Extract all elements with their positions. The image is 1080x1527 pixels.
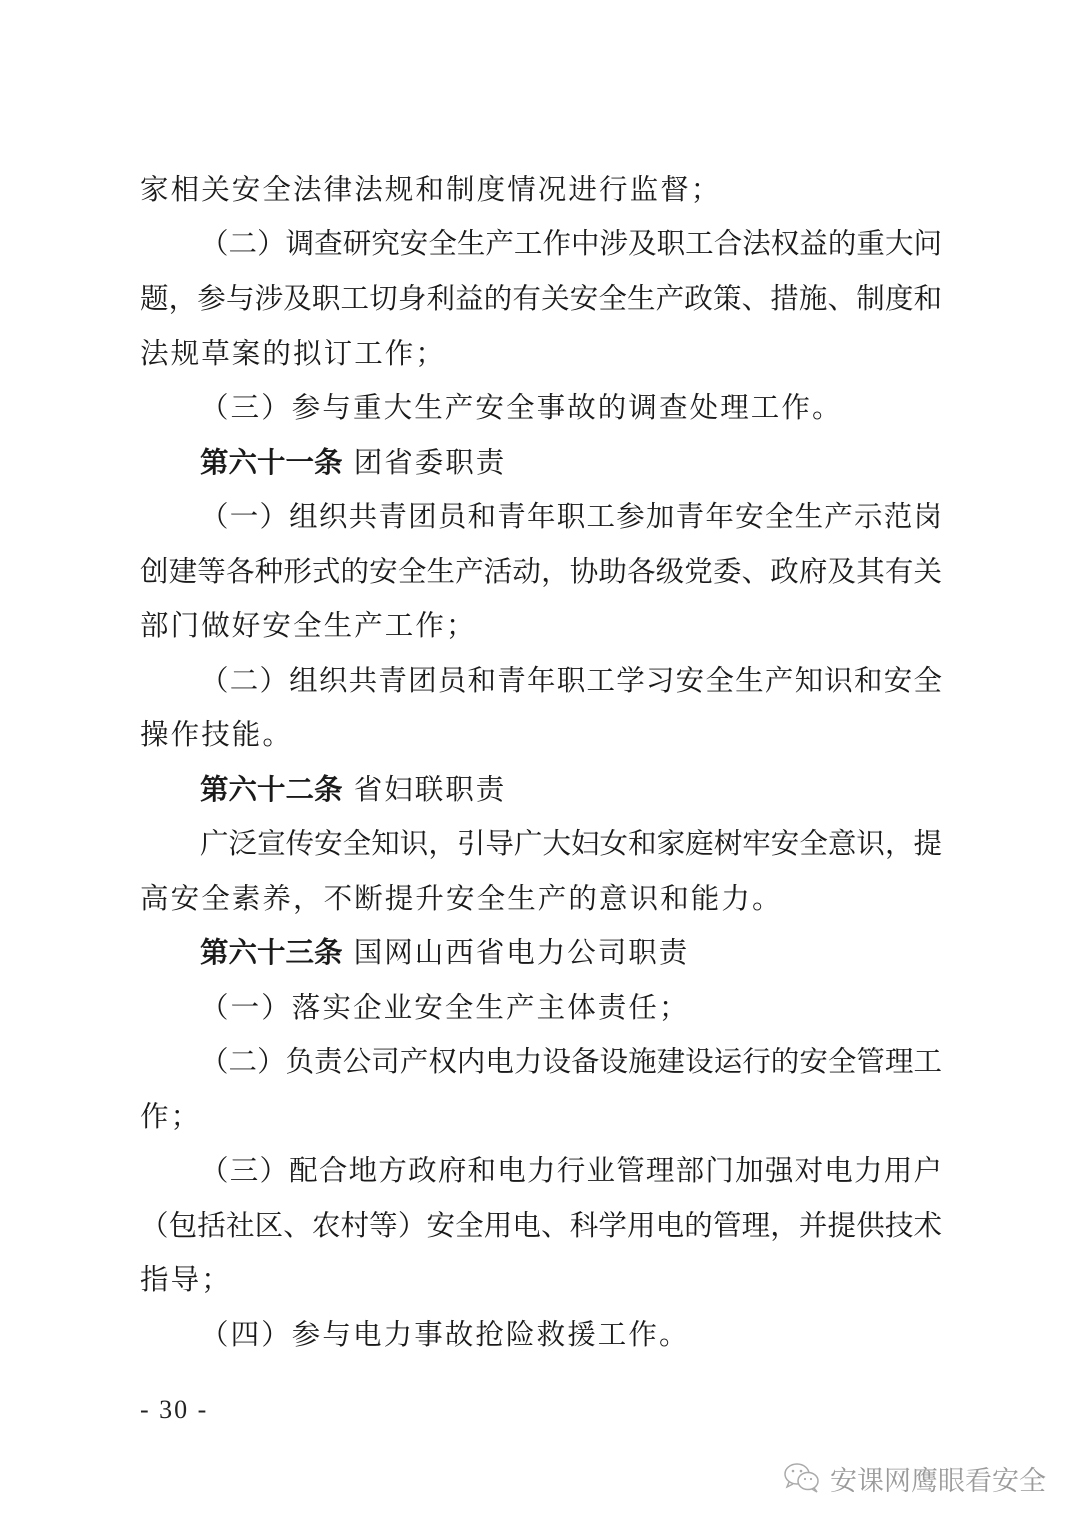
watermark: 安课网鹰眼看安全 [782, 1458, 1046, 1498]
page-number: - 30 - [140, 1395, 208, 1425]
wechat-icon [782, 1460, 824, 1496]
article-62-heading: 第六十二条 省妇联职责 [140, 770, 942, 810]
paragraph-line: 创建等各种形式的安全生产活动，协助各级党委、政府及其有关 [140, 552, 942, 592]
paragraph-line: 题，参与涉及职工切身利益的有关安全生产政策、措施、制度和 [140, 279, 942, 319]
article-61-heading: 第六十一条 团省委职责 [140, 443, 942, 483]
paragraph-line: 操作技能。 [140, 715, 942, 755]
paragraph-line: 高安全素养，不断提升安全生产的意识和能力。 [140, 879, 942, 919]
paragraph-line: （包括社区、农村等）安全用电、科学用电的管理，并提供技术 [140, 1206, 942, 1246]
article-63-heading: 第六十三条 国网山西省电力公司职责 [140, 933, 942, 973]
article-title: 省妇联职责 [354, 773, 507, 806]
paragraph-line: （一）组织共青团员和青年职工参加青年安全生产示范岗 [140, 497, 942, 537]
paragraph-line: （三）配合地方政府和电力行业管理部门加强对电力用户 [140, 1151, 942, 1191]
article-number: 第六十一条 [200, 446, 343, 479]
paragraph-line: （二）负责公司产权内电力设备设施建设运行的安全管理工 [140, 1042, 942, 1082]
article-number: 第六十二条 [200, 773, 343, 806]
paragraph-line: 法规草案的拟订工作； [140, 334, 942, 374]
article-title: 团省委职责 [354, 446, 507, 479]
paragraph-line: （二）调查研究安全生产工作中涉及职工合法权益的重大问 [140, 224, 942, 264]
paragraph-line: （一）落实企业安全生产主体责任； [140, 988, 942, 1028]
paragraph-line: 作； [140, 1097, 942, 1137]
paragraph-line: 部门做好安全生产工作； [140, 606, 942, 646]
article-title: 国网山西省电力公司职责 [354, 936, 690, 969]
paragraph-line: 家相关安全法律法规和制度情况进行监督； [140, 170, 942, 210]
paragraph-line: 指导； [140, 1260, 942, 1300]
paragraph-line: （三）参与重大生产安全事故的调查处理工作。 [140, 388, 942, 428]
watermark-text: 安课网鹰眼看安全 [830, 1459, 1046, 1498]
paragraph-line: （二）组织共青团员和青年职工学习安全生产知识和安全 [140, 661, 942, 701]
paragraph-line: 广泛宣传安全知识，引导广大妇女和家庭树牢安全意识，提 [140, 824, 942, 864]
paragraph-line: （四）参与电力事故抢险救援工作。 [140, 1315, 942, 1355]
article-number: 第六十三条 [200, 936, 343, 969]
